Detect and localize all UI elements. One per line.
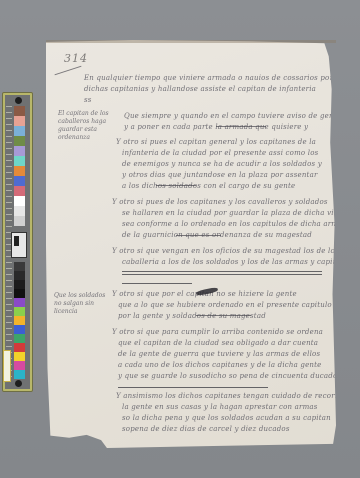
text-line: Y otro si pues el capitan general y los …	[116, 138, 316, 146]
folio-number: 314	[64, 52, 88, 65]
text-line: dichas capitanias y hallandose assiste e…	[84, 85, 316, 93]
color-swatch	[14, 343, 25, 352]
color-swatch	[14, 307, 25, 316]
color-swatch	[14, 156, 25, 166]
target-registration-dot-top	[15, 97, 22, 104]
margin-stroke	[55, 66, 82, 76]
margin-note: El capitan de los caballeros haga guarda…	[58, 110, 113, 142]
color-swatch	[14, 289, 25, 298]
color-swatch	[14, 206, 25, 216]
text-line: Y otro si que para cumplir lo arriba con…	[112, 328, 323, 336]
target-id-strip	[3, 350, 11, 382]
color-swatch	[14, 352, 25, 361]
color-swatch	[14, 370, 25, 379]
color-swatch	[14, 176, 25, 186]
manuscript-page: 314 En qualquier tiempo que viniere arma…	[46, 40, 336, 450]
text-line: so la dicha pena y que los soldados acud…	[122, 414, 331, 422]
text-line: Y otro si que vengan en los oficios de s…	[112, 247, 360, 255]
target-swatches-lower	[14, 262, 25, 379]
text-line: ss	[84, 96, 92, 104]
color-swatch	[14, 280, 25, 289]
color-swatch	[14, 361, 25, 370]
color-swatch	[14, 116, 25, 126]
color-swatch	[14, 271, 25, 280]
color-swatch	[14, 325, 25, 334]
color-swatch	[14, 334, 25, 343]
text-line: infanteria de la ciudad por el presente …	[122, 149, 318, 157]
color-calibration-target	[2, 92, 33, 392]
text-line: se hallaren en la ciudad por guardar la …	[122, 209, 343, 217]
color-swatch	[14, 298, 25, 307]
color-swatch	[14, 166, 25, 176]
target-label-box	[11, 232, 27, 258]
color-swatch	[14, 126, 25, 136]
color-swatch	[14, 196, 25, 206]
strikethrough	[122, 283, 192, 284]
strikethrough	[122, 271, 322, 272]
line-flourish	[196, 315, 251, 316]
underline	[118, 387, 268, 388]
text-line: Que siempre y quando en el campo tuviere…	[124, 112, 360, 120]
color-swatch	[14, 262, 25, 271]
color-swatch	[14, 186, 25, 196]
page-top-edge	[46, 40, 336, 43]
text-line: caballeria a los de los soldados y los d…	[122, 258, 353, 266]
text-line: la gente en sus casas y la hagan apresta…	[122, 403, 318, 411]
margin-note: Que los soldados no salgan sin licencia	[54, 292, 109, 316]
text-line: que a lo que se hubiere ordenado en el p…	[118, 301, 332, 309]
text-line: por la gente y soldados de su magestad	[118, 312, 266, 320]
target-registration-dot-bottom	[15, 380, 22, 387]
text-line: sea conforme a lo ordenado en los capitu…	[122, 220, 358, 228]
text-line: sopena de diez dias de carcel y diez duc…	[122, 425, 290, 433]
text-line: Y ansimismo los dichos capitanes tengan …	[116, 392, 346, 400]
color-swatch	[14, 106, 25, 116]
color-swatch	[14, 216, 25, 226]
text-line: y otros dias que juntandose en la plaza …	[122, 171, 318, 179]
text-line: a los dichos soldados con el cargo de su…	[122, 182, 295, 190]
line-flourish	[156, 185, 196, 186]
text-line: y a poner en cada parte la armada que qu…	[124, 123, 308, 131]
text-line: que el capitan de la ciudad sea obligado…	[118, 339, 318, 347]
target-swatches-upper	[14, 106, 25, 226]
line-flourish	[216, 126, 266, 127]
text-line: de enemigos y nunca se ha de acudir a lo…	[122, 160, 322, 168]
text-line: En qualquier tiempo que viniere armada o…	[84, 74, 333, 82]
text-line: Y otro si pues de los capitanes y los ca…	[112, 198, 328, 206]
color-swatch	[14, 136, 25, 146]
text-line: a cada uno de los dichos capitanes y de …	[118, 361, 322, 369]
strikethrough	[122, 274, 322, 275]
color-swatch	[14, 316, 25, 325]
color-swatch	[14, 146, 25, 156]
text-line: y que se guarde lo susodicho so pena de …	[118, 372, 341, 380]
text-line: de la gente de guerra que tuviere y las …	[118, 350, 320, 358]
line-flourish	[176, 235, 221, 236]
